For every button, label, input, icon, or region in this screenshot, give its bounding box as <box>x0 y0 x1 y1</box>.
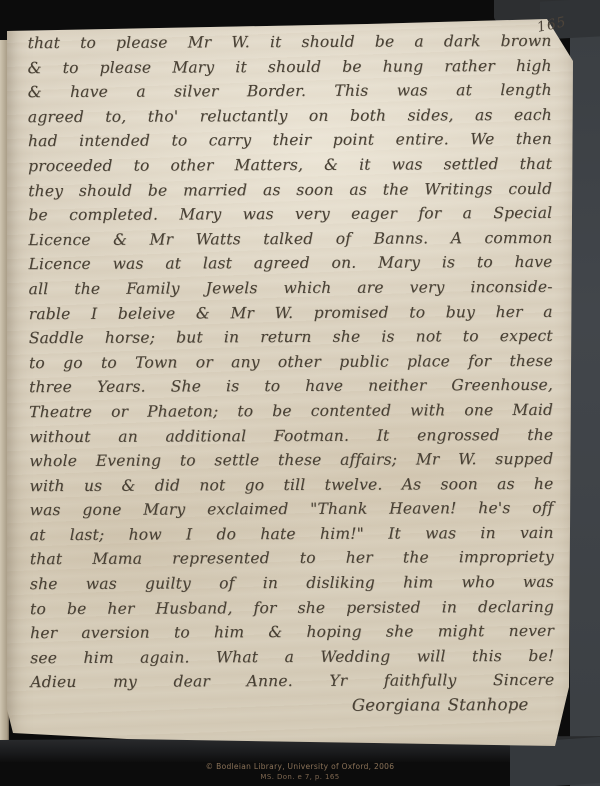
manuscript-line: to be her Husband, for she persisted in … <box>30 595 554 622</box>
manuscript-line: had intended to carry their point entire… <box>28 127 552 154</box>
manuscript-line: they should be married as soon as the Wr… <box>28 176 552 203</box>
manuscript-line: & to please Mary it should be hung rathe… <box>28 53 552 80</box>
copyright-line: © Bodleian Library, University of Oxford… <box>0 762 600 772</box>
manuscript-line: that to please Mr W. it should be a dark… <box>28 29 552 56</box>
manuscript-line: be completed. Mary was very eager for a … <box>28 201 552 228</box>
manuscript-line: three Years. She is to have neither Gree… <box>29 373 553 400</box>
scan-caption: © Bodleian Library, University of Oxford… <box>0 762 600 782</box>
manuscript-line: see him again. What a Wedding will this … <box>30 644 554 671</box>
manuscript-line: with us & did not go till twelve. As soo… <box>29 472 553 499</box>
manuscript-line: Licence & Mr Watts talked of Banns. A co… <box>28 226 552 253</box>
manuscript-line: Licence was at last agreed on. Mary is t… <box>28 250 552 277</box>
manuscript-line: to go to Town or any other public place … <box>29 349 553 376</box>
manuscript-line: all the Family Jewels which are very inc… <box>29 275 553 302</box>
book-page-edges <box>570 0 600 786</box>
letter-text: that to please Mr W. it should be a dark… <box>28 29 555 720</box>
manuscript-line: at last; how I do hate him!" It was in v… <box>30 521 554 548</box>
manuscript-line: was gone Mary exclaimed "Thank Heaven! h… <box>30 496 554 523</box>
manuscript-line: Georgiana Stanhope <box>30 693 554 720</box>
manuscript-line: whole Evening to settle these affairs; M… <box>29 447 553 474</box>
manuscript-line: & have a silver Border. This was at leng… <box>28 78 552 105</box>
manuscript-line: her aversion to him & hoping she might n… <box>30 619 554 646</box>
manuscript-line: Theatre or Phaeton; to be contented with… <box>29 398 553 425</box>
manuscript-line: agreed to, tho' reluctantly on both side… <box>28 103 552 130</box>
manuscript-scan: that to please Mr W. it should be a dark… <box>0 0 600 786</box>
manuscript-line: that Mama represented to her the impropr… <box>30 545 554 572</box>
manuscript-line: Adieu my dear Anne. Yr faithfully Sincer… <box>30 668 554 695</box>
manuscript-line: proceeded to other Matters, & it was set… <box>28 152 552 179</box>
shelfmark-line: MS. Don. e 7, p. 165 <box>0 772 600 782</box>
manuscript-line: without an additional Footman. It engros… <box>29 422 553 449</box>
manuscript-line: rable I beleive & Mr W. promised to buy … <box>29 299 553 326</box>
manuscript-line: she was guilty of in disliking him who w… <box>30 570 554 597</box>
manuscript-page: that to please Mr W. it should be a dark… <box>7 19 573 746</box>
manuscript-line: Saddle horse; but in return she is not t… <box>29 324 553 351</box>
